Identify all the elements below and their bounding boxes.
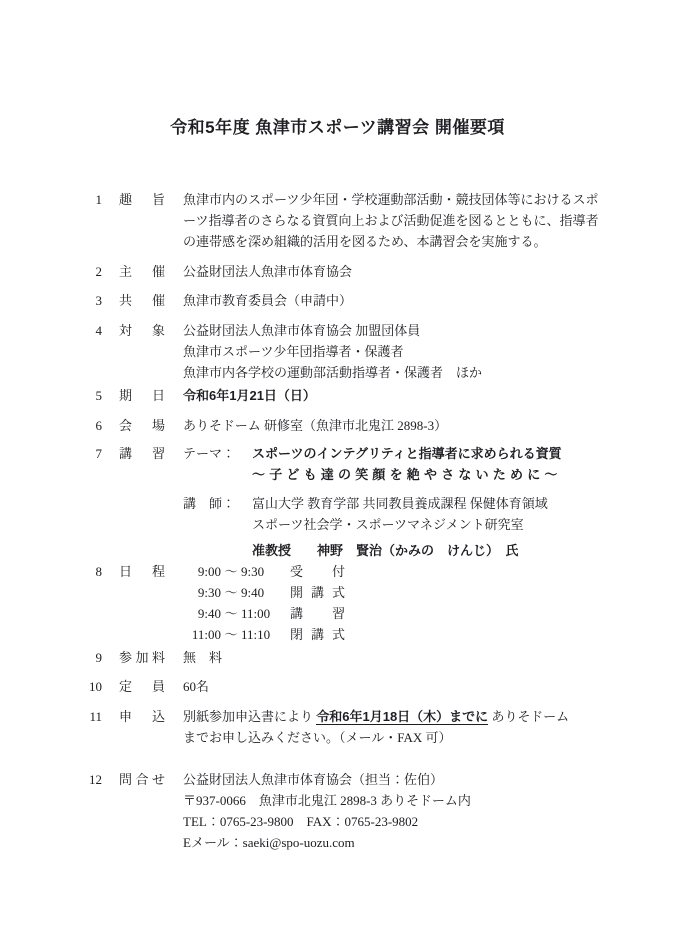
schedule-row: 9:40 ～ 11:00 講習	[183, 603, 345, 624]
section-content: 公益財団法人魚津市体育協会（担当：佐伯） 〒937-0066 魚津市北鬼江 28…	[183, 769, 471, 853]
section-content: テーマ： スポーツのインテグリティと指導者に求められる資質 ～子ども達の笑顔を絶…	[183, 443, 562, 561]
text-line: 公益財団法人魚津市体育協会	[183, 261, 352, 282]
section-number: 12	[88, 769, 102, 790]
section-number: 10	[88, 676, 102, 697]
section-number: 4	[88, 320, 102, 341]
text-line: ーツ指導者のさらなる資質向上および活動促進を図るとともに、指導者	[183, 210, 598, 231]
time-start: 11:00	[183, 624, 221, 645]
time-end: 9:30	[241, 561, 290, 582]
text-line: の連帯感を深め組織的活用を図るため、本講習会を実施する。	[183, 231, 598, 252]
application-line-1: 別紙参加申込書により 令和6年1月18日（木）までに ありそドーム	[183, 706, 569, 727]
section-content: 別紙参加申込書により 令和6年1月18日（木）までに ありそドーム までお申し込…	[183, 706, 569, 748]
schedule-activity: 講習	[290, 603, 345, 624]
section-number: 2	[88, 261, 102, 282]
schedule-activity: 開講式	[290, 582, 345, 603]
text-line: 魚津市スポーツ少年団指導者・保護者	[183, 341, 482, 362]
tilde: ～	[221, 603, 241, 624]
section-number: 3	[88, 290, 102, 311]
section-number: 11	[88, 706, 102, 727]
section-content: 60名	[183, 676, 209, 697]
section-application: 11 申込 別紙参加申込書により 令和6年1月18日（木）までに ありそドーム …	[88, 706, 675, 748]
text-line: 魚津市教育委員会（申請中）	[183, 290, 352, 311]
capacity-value: 60名	[183, 676, 209, 697]
section-content: 魚津市教育委員会（申請中）	[183, 290, 352, 311]
lecturer-line-1: 富山大学 教育学部 共同教員養成課程 保健体育領域	[252, 493, 548, 514]
section-label: 定員	[119, 676, 165, 697]
time-start: 9:30	[183, 582, 221, 603]
section-content: 魚津市内のスポーツ少年団・学校運動部活動・競技団体等におけるスポ ーツ指導者のさ…	[183, 189, 598, 252]
contact-organization: 公益財団法人魚津市体育協会（担当：佐伯）	[183, 769, 471, 790]
section-content: 公益財団法人魚津市体育協会 加盟団体員 魚津市スポーツ少年団指導者・保護者 魚津…	[183, 320, 482, 383]
text-line: 魚津市内各学校の運動部活動指導者・保護者 ほか	[183, 362, 482, 383]
schedule-table: 9:00 ～ 9:30 受付 9:30 ～ 9:40 開講式 9:40 ～ 11…	[183, 561, 345, 645]
application-line-2: までお申し込みください。（メール・FAX 可）	[183, 727, 569, 748]
section-label: 参加料	[119, 647, 165, 668]
course-theme-row: テーマ： スポーツのインテグリティと指導者に求められる資質 ～子ども達の笑顔を絶…	[183, 443, 562, 485]
section-schedule: 8 日程 9:00 ～ 9:30 受付 9:30 ～ 9:40 開講式 9:40…	[88, 561, 675, 645]
schedule-row: 11:00 ～ 11:10 閉講式	[183, 624, 345, 645]
section-number: 9	[88, 647, 102, 668]
section-number: 7	[88, 443, 102, 464]
time-end: 11:10	[241, 624, 290, 645]
section-label: 共催	[119, 290, 165, 311]
time-end: 11:00	[241, 603, 290, 624]
section-number: 8	[88, 561, 102, 582]
theme-text: スポーツのインテグリティと指導者に求められる資質 ～子ども達の笑顔を絶やさないた…	[252, 443, 562, 485]
section-purpose: 1 趣旨 魚津市内のスポーツ少年団・学校運動部活動・競技団体等におけるスポ ーツ…	[88, 189, 675, 252]
tilde: ～	[221, 582, 241, 603]
section-course: 7 講習 テーマ： スポーツのインテグリティと指導者に求められる資質 ～子ども達…	[88, 443, 675, 561]
time-end: 9:40	[241, 582, 290, 603]
spacer	[183, 540, 252, 561]
section-label: 会場	[119, 415, 165, 436]
section-content: 公益財団法人魚津市体育協会	[183, 261, 352, 282]
contact-email: Eメール：saeki@spo-uozu.com	[183, 832, 471, 853]
event-date: 令和6年1月21日（日）	[183, 385, 316, 406]
lecturer-line-2: スポーツ社会学・スポーツマネジメント研究室	[252, 514, 548, 535]
section-capacity: 10 定員 60名	[88, 676, 675, 697]
application-post: ありそドーム	[488, 709, 569, 724]
document-title: 令和5年度 魚津市スポーツ講習会 開催要項	[0, 117, 675, 139]
section-contact: 12 問合せ 公益財団法人魚津市体育協会（担当：佐伯） 〒937-0066 魚津…	[88, 769, 675, 853]
section-date: 5 期日 令和6年1月21日（日）	[88, 385, 675, 406]
lecturer-name: 准教授 神野 賢治（かみの けんじ） 氏	[252, 540, 519, 561]
section-content: 令和6年1月21日（日）	[183, 385, 316, 406]
schedule-activity: 受付	[290, 561, 345, 582]
schedule-activity: 閉講式	[290, 624, 345, 645]
contact-tel-fax: TEL：0765-23-9800 FAX：0765-23-9802	[183, 811, 471, 832]
lecturer-key: 講 師：	[183, 493, 252, 535]
course-lecturer-row: 講 師： 富山大学 教育学部 共同教員養成課程 保健体育領域 スポーツ社会学・ス…	[183, 493, 562, 535]
section-number: 5	[88, 385, 102, 406]
section-label: 講習	[119, 443, 165, 464]
section-audience: 4 対象 公益財団法人魚津市体育協会 加盟団体員 魚津市スポーツ少年団指導者・保…	[88, 320, 675, 383]
sections-list: 1 趣旨 魚津市内のスポーツ少年団・学校運動部活動・競技団体等におけるスポ ーツ…	[88, 189, 675, 853]
section-label: 対象	[119, 320, 165, 341]
section-number: 1	[88, 189, 102, 210]
lecturer-text: 富山大学 教育学部 共同教員養成課程 保健体育領域 スポーツ社会学・スポーツマネ…	[252, 493, 548, 535]
section-content: 無 料	[183, 647, 222, 668]
theme-line-2: ～子ども達の笑顔を絶やさないために～	[252, 464, 562, 485]
fee-value: 無 料	[183, 647, 222, 668]
text-line: 公益財団法人魚津市体育協会 加盟団体員	[183, 320, 482, 341]
text-line: 魚津市内のスポーツ少年団・学校運動部活動・競技団体等におけるスポ	[183, 189, 598, 210]
section-label: 期日	[119, 385, 165, 406]
tilde: ～	[221, 624, 241, 645]
section-venue: 6 会場 ありそドーム 研修室（魚津市北鬼江 2898-3）	[88, 415, 675, 436]
time-start: 9:40	[183, 603, 221, 624]
section-label: 申込	[119, 706, 165, 727]
section-content: ありそドーム 研修室（魚津市北鬼江 2898-3）	[183, 415, 447, 436]
document-page: 令和5年度 魚津市スポーツ講習会 開催要項 1 趣旨 魚津市内のスポーツ少年団・…	[0, 0, 675, 952]
application-pre: 別紙参加申込書により	[183, 709, 316, 724]
section-fee: 9 参加料 無 料	[88, 647, 675, 668]
tilde: ～	[221, 561, 241, 582]
theme-key: テーマ：	[183, 443, 252, 485]
section-label: 主催	[119, 261, 165, 282]
venue-name: ありそドーム 研修室（魚津市北鬼江 2898-3）	[183, 415, 447, 436]
theme-line-1: スポーツのインテグリティと指導者に求められる資質	[252, 443, 562, 464]
section-organizer: 2 主催 公益財団法人魚津市体育協会	[88, 261, 675, 282]
course-name-row: 准教授 神野 賢治（かみの けんじ） 氏	[183, 540, 562, 561]
section-label: 問合せ	[119, 769, 165, 790]
schedule-row: 9:30 ～ 9:40 開講式	[183, 582, 345, 603]
schedule-row: 9:00 ～ 9:30 受付	[183, 561, 345, 582]
section-cohost: 3 共催 魚津市教育委員会（申請中）	[88, 290, 675, 311]
section-label: 趣旨	[119, 189, 165, 210]
contact-address: 〒937-0066 魚津市北鬼江 2898-3 ありそドーム内	[183, 790, 471, 811]
section-label: 日程	[119, 561, 165, 582]
application-deadline: 令和6年1月18日（木）までに	[316, 709, 488, 725]
time-start: 9:00	[183, 561, 221, 582]
section-number: 6	[88, 415, 102, 436]
